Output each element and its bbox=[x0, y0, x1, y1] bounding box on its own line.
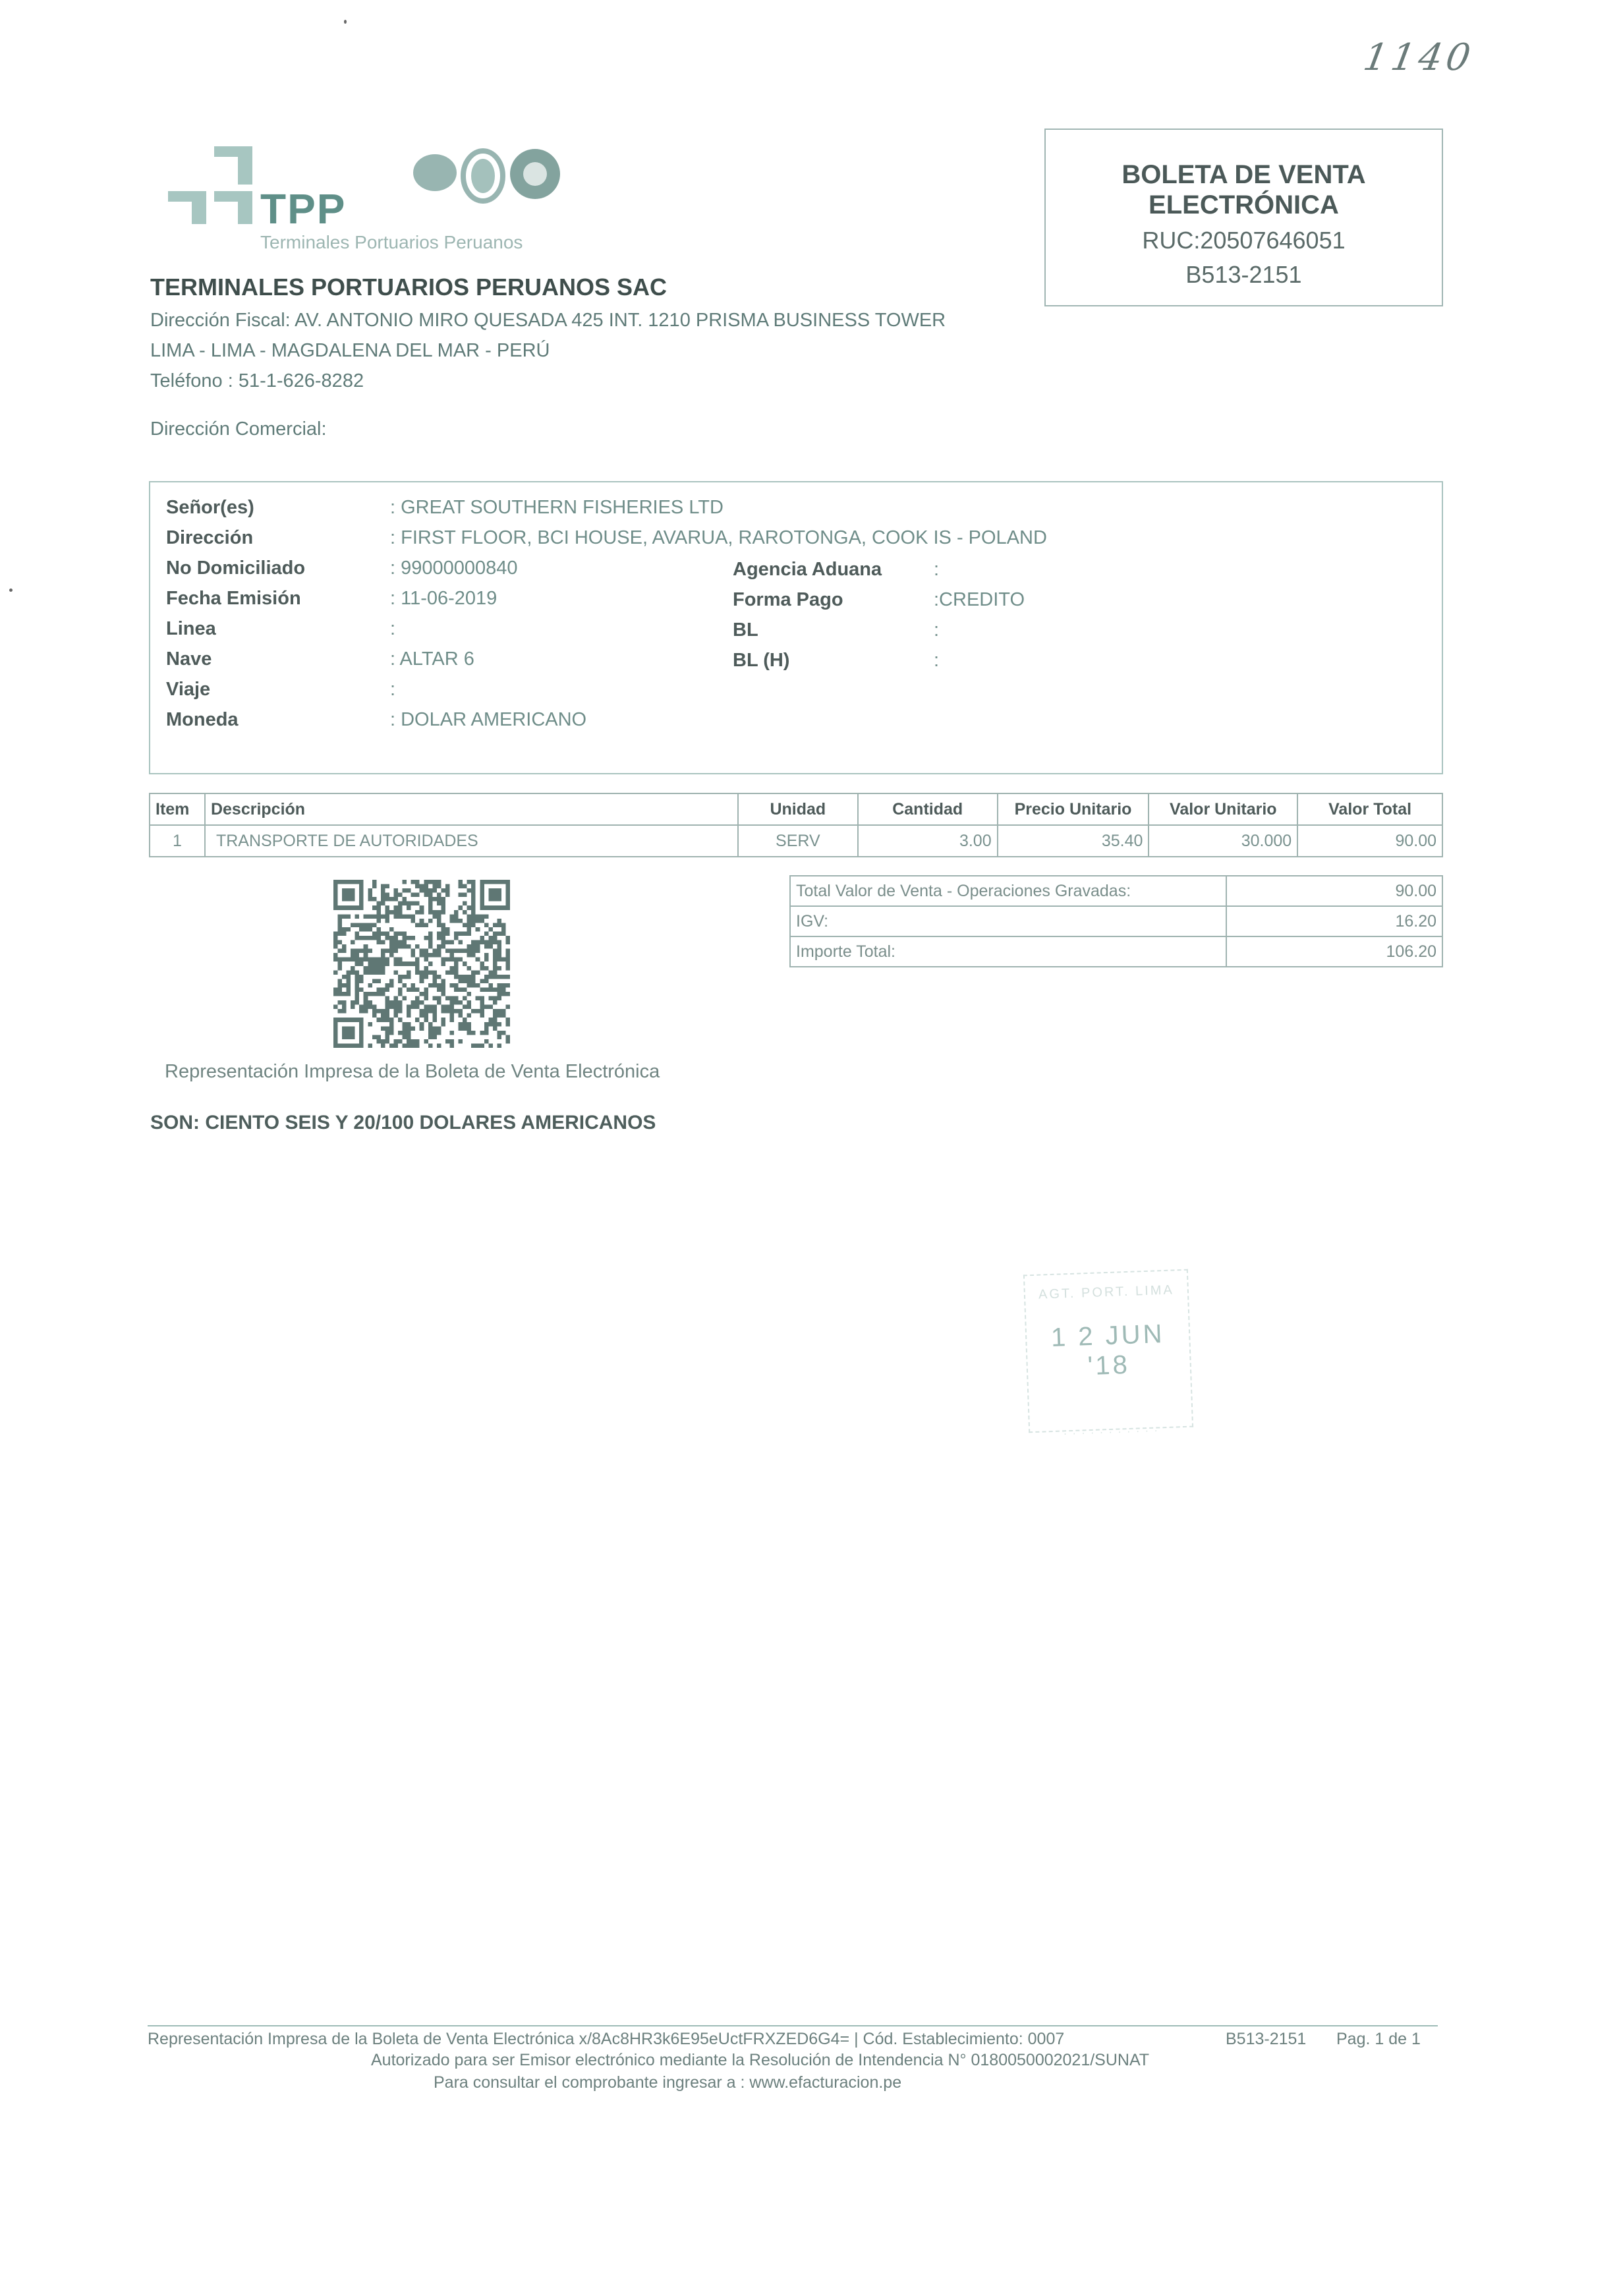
col-header-cantidad: Cantidad bbox=[858, 793, 998, 825]
stamp-date: 1 2 JUN '18 bbox=[1027, 1319, 1191, 1384]
totals-row-igv: IGV: 16.20 bbox=[790, 906, 1442, 936]
total-label: IGV: bbox=[790, 906, 1226, 936]
received-stamp: AGT. PORT. LIMA 1 2 JUN '18 · · · · · · … bbox=[1023, 1269, 1193, 1433]
field-label: Agencia Aduana bbox=[733, 559, 882, 581]
field-value: : ALTAR 6 bbox=[390, 648, 474, 670]
field-label: BL bbox=[733, 619, 758, 641]
col-header-unidad: Unidad bbox=[738, 793, 858, 825]
field-label: No Domiciliado bbox=[166, 558, 305, 579]
total-value: 16.20 bbox=[1226, 906, 1442, 936]
total-label: Importe Total: bbox=[790, 936, 1226, 967]
totals-row-importe-total: Importe Total: 106.20 bbox=[790, 936, 1442, 967]
field-value: : bbox=[934, 650, 939, 672]
footer-page-number: Pag. 1 de 1 bbox=[1336, 2030, 1421, 2049]
field-label: Fecha Emisión bbox=[166, 588, 301, 610]
field-label: BL (H) bbox=[733, 650, 789, 672]
footer-divider bbox=[148, 2025, 1438, 2026]
scan-speck bbox=[9, 588, 13, 592]
footer-representation-hash: Representación Impresa de la Boleta de V… bbox=[148, 2030, 1064, 2049]
items-header-row: Item Descripción Unidad Cantidad Precio … bbox=[150, 793, 1442, 825]
field-value: :CREDITO bbox=[934, 589, 1025, 611]
field-value: : DOLAR AMERICANO bbox=[390, 709, 586, 731]
items-table: Item Descripción Unidad Cantidad Precio … bbox=[149, 793, 1443, 857]
cell-cantidad: 3.00 bbox=[858, 825, 998, 857]
qr-caption: Representación Impresa de la Boleta de V… bbox=[165, 1061, 660, 1083]
col-header-valor-unitario: Valor Unitario bbox=[1149, 793, 1297, 825]
client-info-box: Señor(es) : GREAT SOUTHERN FISHERIES LTD… bbox=[149, 481, 1443, 774]
field-value: : 11-06-2019 bbox=[390, 588, 497, 610]
field-label: Dirección bbox=[166, 527, 253, 549]
field-label: Linea bbox=[166, 618, 216, 640]
cell-unidad: SERV bbox=[738, 825, 858, 857]
commercial-address: Dirección Comercial: bbox=[150, 418, 327, 440]
field-value: : bbox=[390, 679, 395, 701]
city-line: LIMA - LIMA - MAGDALENA DEL MAR - PERÚ bbox=[150, 340, 550, 362]
logo-subtitle: Terminales Portuarios Peruanos bbox=[260, 232, 523, 253]
cell-valor-unitario: 30.000 bbox=[1149, 825, 1297, 857]
total-value: 106.20 bbox=[1226, 936, 1442, 967]
footer-authorization: Autorizado para ser Emisor electrónico m… bbox=[371, 2051, 1149, 2070]
footer-consult-link[interactable]: Para consultar el comprobante ingresar a… bbox=[434, 2073, 901, 2092]
col-header-valor-total: Valor Total bbox=[1297, 793, 1442, 825]
handwritten-number: 1140 bbox=[1360, 36, 1477, 79]
company-name: TERMINALES PORTUARIOS PERUANOS SAC bbox=[150, 273, 667, 301]
col-header-descripcion: Descripción bbox=[205, 793, 738, 825]
field-label: Viaje bbox=[166, 679, 210, 701]
totals-row-valor-venta: Total Valor de Venta - Operaciones Grava… bbox=[790, 876, 1442, 906]
table-row: 1 TRANSPORTE DE AUTORIDADES SERV 3.00 35… bbox=[150, 825, 1442, 857]
totals-table: Total Valor de Venta - Operaciones Grava… bbox=[789, 875, 1443, 967]
footer-document-number: B513-2151 bbox=[1226, 2030, 1306, 2049]
boleta-title-line2: ELECTRÓNICA bbox=[1046, 190, 1442, 220]
total-label: Total Valor de Venta - Operaciones Grava… bbox=[790, 876, 1226, 906]
fiscal-address: Dirección Fiscal: AV. ANTONIO MIRO QUESA… bbox=[150, 310, 946, 331]
col-header-item: Item bbox=[150, 793, 205, 825]
col-header-precio-unitario: Precio Unitario bbox=[998, 793, 1149, 825]
phone: Teléfono : 51-1-626-8282 bbox=[150, 370, 364, 392]
stamp-header: AGT. PORT. LIMA bbox=[1025, 1282, 1188, 1304]
field-value: : GREAT SOUTHERN FISHERIES LTD bbox=[390, 497, 724, 519]
field-label: Moneda bbox=[166, 709, 239, 731]
stamp-footer-line: · · · · · · · · · · · bbox=[1030, 1424, 1192, 1442]
cell-valor-total: 90.00 bbox=[1297, 825, 1442, 857]
field-value: : FIRST FLOOR, BCI HOUSE, AVARUA, RAROTO… bbox=[390, 527, 1047, 549]
boleta-title: BOLETA DE VENTA ELECTRÓNICA bbox=[1046, 159, 1442, 220]
qr-code-icon bbox=[333, 880, 511, 1048]
field-label: Nave bbox=[166, 648, 212, 670]
field-value: : 99000000840 bbox=[390, 558, 518, 579]
cell-precio-unitario: 35.40 bbox=[998, 825, 1149, 857]
certification-logos-icon bbox=[405, 146, 570, 206]
logo-text: TPP bbox=[260, 185, 346, 233]
field-value: : bbox=[390, 618, 395, 640]
field-label: Señor(es) bbox=[166, 497, 254, 519]
field-value: : bbox=[934, 559, 939, 581]
boleta-ruc: RUC:20507646051 bbox=[1046, 227, 1442, 254]
scan-speck bbox=[344, 20, 347, 24]
boleta-title-line1: BOLETA DE VENTA bbox=[1046, 159, 1442, 190]
field-value: : bbox=[934, 619, 939, 641]
total-value: 90.00 bbox=[1226, 876, 1442, 906]
boleta-number: B513-2151 bbox=[1046, 261, 1442, 289]
cell-item: 1 bbox=[150, 825, 205, 857]
cell-descripcion: TRANSPORTE DE AUTORIDADES bbox=[205, 825, 738, 857]
tpp-logo-icon bbox=[168, 146, 254, 225]
field-label: Forma Pago bbox=[733, 589, 843, 611]
amount-in-words: SON: CIENTO SEIS Y 20/100 DOLARES AMERIC… bbox=[150, 1112, 656, 1134]
boleta-header-box: BOLETA DE VENTA ELECTRÓNICA RUC:20507646… bbox=[1044, 129, 1443, 306]
